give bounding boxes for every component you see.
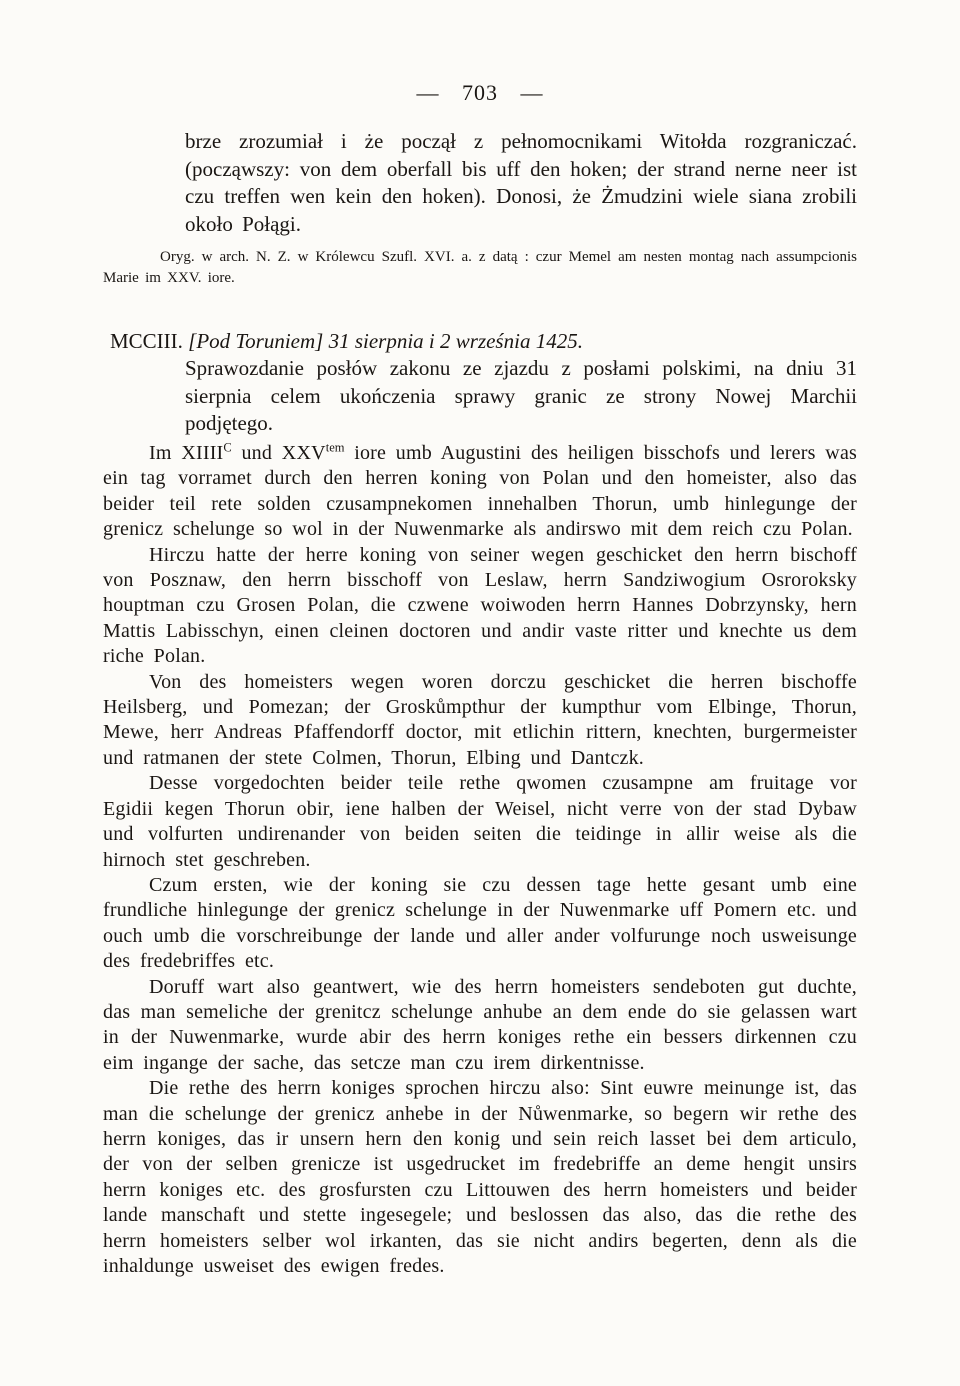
entry-place: [Pod Toruniem] — [188, 329, 323, 353]
body-paragraph-3: Von des homeisters wegen woren dorczu ge… — [103, 670, 857, 772]
entry-date: 31 sierpnia i 2 września 1425. — [329, 329, 583, 353]
body-paragraph-1: Im XIIIIC und XXVtem iore umb Augustini … — [103, 441, 857, 543]
text-run: und XXV — [232, 442, 326, 464]
body-paragraph-5: Czum ersten, wie der koning sie czu dess… — [103, 873, 857, 975]
entry-regest: Sprawozdanie posłów zakonu ze zjazdu z p… — [185, 355, 857, 438]
document-page: — 703 — brze zrozumiał i że począł z peł… — [0, 0, 960, 1386]
superscript-c: C — [223, 440, 231, 454]
entry-text: Im XIIIIC und XXVtem iore umb Augustini … — [103, 441, 857, 1279]
superscript-tem: tem — [326, 440, 345, 454]
previous-entry-source-note: Oryg. w arch. N. Z. w Królewcu Szufl. XV… — [103, 247, 857, 288]
page-number: — 703 — — [0, 80, 960, 106]
entry-heading: MCCIII. [Pod Toruniem] 31 sierpnia i 2 w… — [110, 328, 857, 355]
previous-entry-regest-continuation: brze zrozumiał i że począł z pełnomocnik… — [185, 128, 857, 238]
body-paragraph-2: Hirczu hatte der herre koning von seiner… — [103, 543, 857, 670]
body-paragraph-6: Doruff wart also geantwert, wie des herr… — [103, 975, 857, 1077]
body-paragraph-4: Desse vorgedochten beider teile rethe qw… — [103, 771, 857, 873]
entry-number: MCCIII. — [110, 329, 183, 353]
body-paragraph-7: Die rethe des herrn koniges sprochen hir… — [103, 1076, 857, 1279]
text-run: Im XIIII — [149, 442, 223, 464]
